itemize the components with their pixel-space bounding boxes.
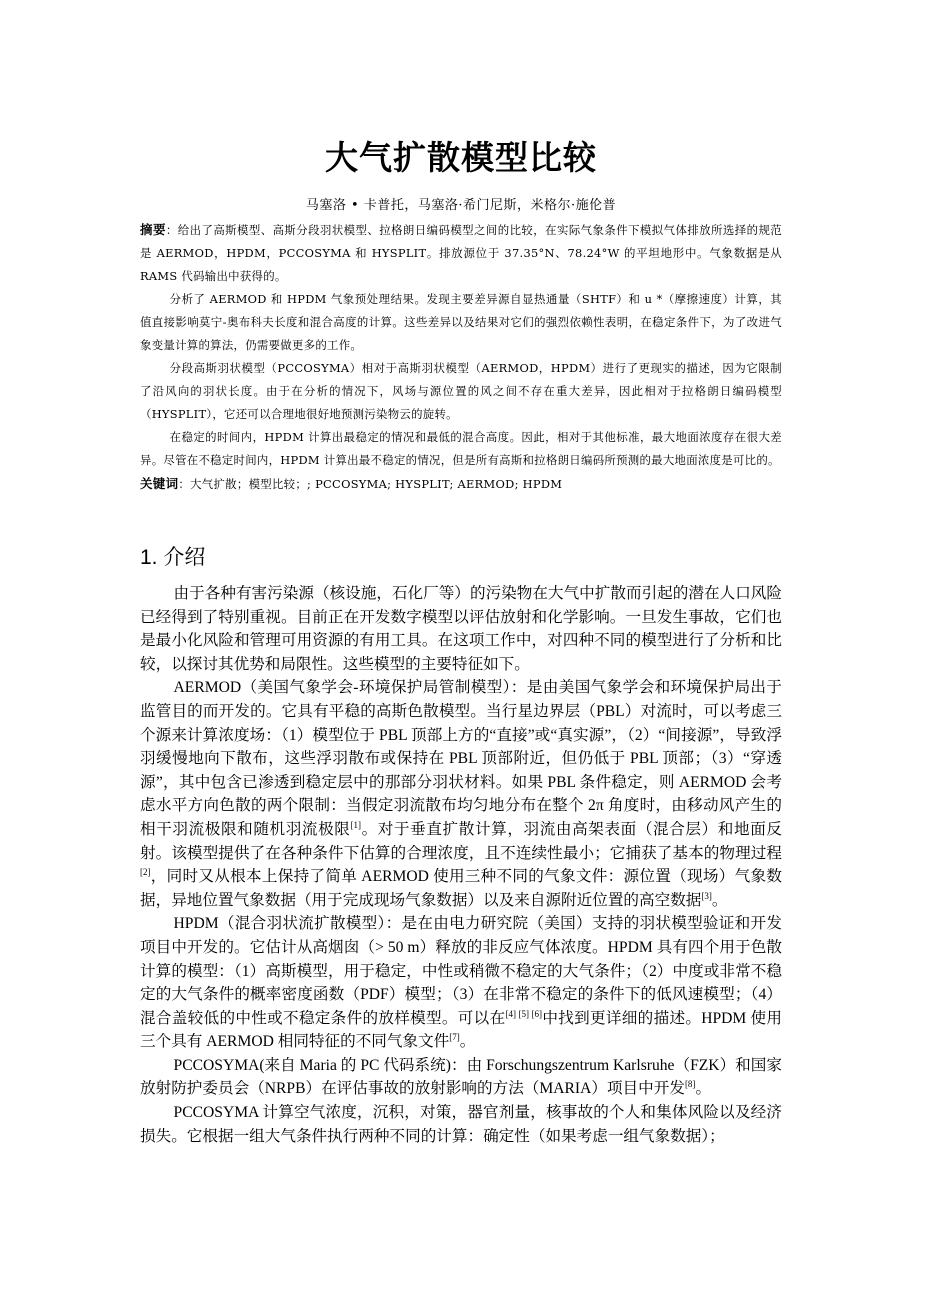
citation-link[interactable]: [1] (351, 820, 362, 830)
author-list: 马塞洛 • 卡普托，马塞洛·希门尼斯，米格尔·施伦普 (140, 196, 782, 216)
intro-paragraph-1: 由于各种有害污染源（核设施，石化厂等）的污染物在大气中扩散而引起的潜在人口风险已… (140, 582, 782, 676)
citation-link[interactable]: [4] [5] [6] (505, 1009, 542, 1019)
abstract-label: 摘要 (140, 222, 166, 237)
keywords-line: 关键词：大气扩散；模型比较；; PCCOSYMA; HYSPLIT; AERMO… (140, 472, 782, 496)
abstract-section: 摘要：给出了高斯模型、高斯分段羽状模型、拉格朗日编码模型之间的比较，在实际气象条… (140, 218, 782, 496)
introduction-body: 由于各种有害污染源（核设施，石化厂等）的污染物在大气中扩散而引起的潜在人口风险已… (140, 582, 782, 1148)
intro-paragraph-pccosyma: PCCOSYMA(来自 Maria 的 PC 代码系统)：由 Forschung… (140, 1054, 782, 1101)
intro-paragraph-pccosyma-calc: PCCOSYMA 计算空气浓度，沉积，对策，器官剂量，核事故的个人和集体风险以及… (140, 1101, 782, 1148)
citation-link[interactable]: [3] (701, 891, 712, 901)
citation-link[interactable]: [8] (685, 1079, 696, 1089)
keywords-label: 关键词 (140, 476, 178, 491)
paper-title: 大气扩散模型比较 (140, 134, 782, 182)
citation-link[interactable]: [2] (140, 867, 151, 877)
abstract-paragraph-2: 分析了 AERMOD 和 HPDM 气象预处理结果。发现主要差异源自显热通量（S… (140, 288, 782, 357)
citation-link[interactable]: [7] (449, 1032, 460, 1042)
section-heading-introduction: 1. 介绍 (140, 543, 205, 573)
intro-paragraph-aermod: AERMOD（美国气象学会-环境保护局管制模型）：是由美国气象学会和环境保护局出… (140, 676, 782, 912)
intro-paragraph-hpdm: HPDM（混合羽状流扩散模型）：是在由电力研究院（美国）支持的羽状模型验证和开发… (140, 912, 782, 1054)
abstract-paragraph-4: 在稳定的时间内，HPDM 计算出最稳定的情况和最低的混合高度。因此，相对于其他标… (140, 426, 782, 472)
abstract-paragraph-3: 分段高斯羽状模型（PCCOSYMA）相对于高斯羽状模型（AERMOD，HPDM）… (140, 357, 782, 426)
abstract-paragraph-1: 摘要：给出了高斯模型、高斯分段羽状模型、拉格朗日编码模型之间的比较，在实际气象条… (140, 218, 782, 288)
keywords-text: 大气扩散；模型比较；; PCCOSYMA; HYSPLIT; AERMOD; H… (190, 477, 562, 491)
